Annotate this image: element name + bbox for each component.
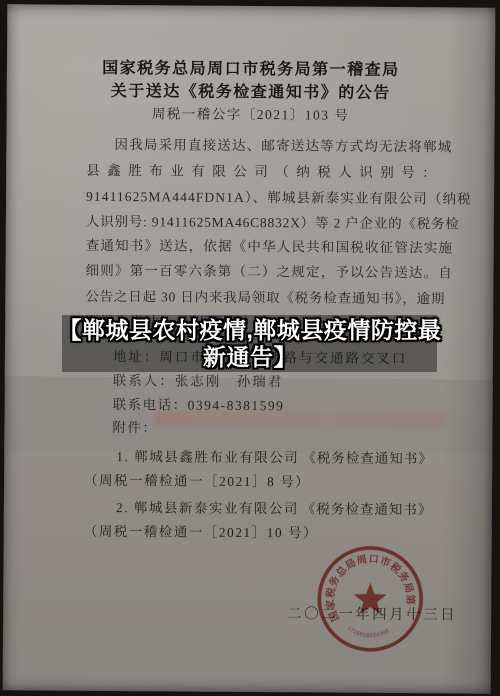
attachment-1-company: 1. 郸城县鑫胜布业有限公司 bbox=[116, 445, 299, 466]
body-line: 因我局采用直接送达、邮寄送达等方式均无法将郸城 bbox=[86, 133, 470, 156]
official-seal-stamp: 国家税务总局周口市税务局第一稽查局 1716010034308 bbox=[314, 541, 427, 654]
attachment-1-doc: 《税务检查通知书》 bbox=[302, 446, 433, 467]
caption-line2: 新通告】 bbox=[0, 344, 500, 371]
document-title-line1: 国家税务总局周口市税务局第一稽查局 bbox=[7, 54, 495, 80]
svg-text:1716010034308: 1716010034308 bbox=[346, 625, 391, 640]
svg-text:国家税务总局周口市税务局第一稽查局: 国家税务总局周口市税务局第一稽查局 bbox=[314, 541, 418, 624]
caption-line1: 【郸城县农村疫情,郸城县疫情防控最 bbox=[0, 317, 500, 344]
document-number: 周税一稽公字〔2021〕103 号 bbox=[7, 101, 495, 124]
body-line: 县鑫胜布业有限公司（纳税人识别号： bbox=[86, 159, 442, 181]
seal-arc-text: 国家税务总局周口市税务局第一稽查局 bbox=[314, 541, 418, 624]
body-line: 细则》第一百零六条第（二）之规定，予以公告送达。自 bbox=[85, 259, 441, 281]
seal-number: 1716010034308 bbox=[346, 625, 391, 640]
attachment-2-doc: 《税务检查通知书》 bbox=[302, 497, 433, 518]
attachment-1-ref: （周税一稽检通一［2021］8 号） bbox=[84, 469, 310, 491]
body-line: 查通知书》送达，依据《中华人民共和国税收征管法实施 bbox=[86, 234, 442, 256]
news-caption-overlay: 【郸城县农村疫情,郸城县疫情防控最 新通告】 bbox=[0, 317, 500, 371]
seal-ink-ghost bbox=[154, 411, 444, 428]
document-title-line2: 关于送达《税务检查通知书》的公告 bbox=[7, 77, 495, 103]
body-line: 91411625MA444FDN1A）、郸城县新泰实业有限公司（纳税 bbox=[86, 185, 442, 207]
photo-frame: 国家税务总局周口市税务局第一稽查局 关于送达《税务检查通知书》的公告 周税一稽公… bbox=[0, 0, 500, 696]
seal-star-icon bbox=[354, 582, 387, 614]
body-line: 公告之日起 30 日内来我局领取《税务检查通知书》，逾期 bbox=[85, 285, 441, 307]
body-line: 人识别号: 91411625MA46C8832X）等 2 户企业的《税务检 bbox=[86, 210, 442, 232]
attachment-label: 附件： bbox=[112, 416, 157, 436]
attachment-2-company: 2. 郸城县新泰实业有限公司 bbox=[116, 496, 299, 517]
attachment-2-ref: （周税一稽检通一［2021］10 号） bbox=[84, 520, 319, 542]
